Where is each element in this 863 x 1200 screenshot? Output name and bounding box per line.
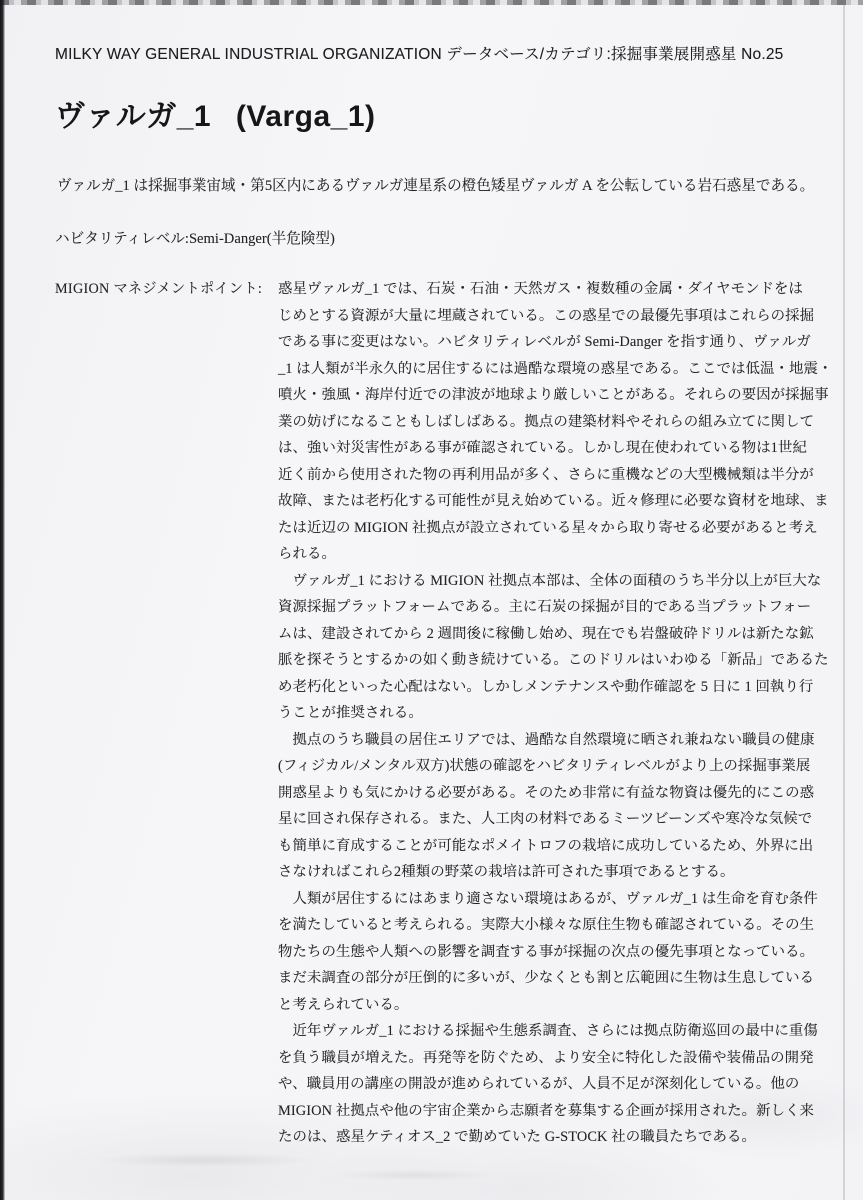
body-text-line: られる。: [278, 541, 817, 568]
body-text-line: じめとする資源が大量に埋蔵されている。この惑星での最優先事項はこれらの採掘: [278, 303, 817, 330]
body-text-line: や、職員用の講座の開設が進められているが、人員不足が深刻化している。他の: [278, 1071, 817, 1098]
body-text-line: ヴァルガ_1 における MIGION 社拠点本部は、全体の面積のうち半分以上が巨…: [278, 568, 817, 595]
body-text-line: 星に回され保存される。また、人工肉の材料であるミーツビーンズや寒冷な気候で: [278, 806, 817, 833]
body-text-line: 資源採掘プラットフォームである。主に石炭の採掘が目的である当プラットフォー: [278, 594, 817, 621]
scan-edge-right-line: [843, 0, 845, 1200]
body-text-line: _1 は人類が半永久的に居住するには過酷な環境の惑星である。ここでは低温・地震・: [278, 356, 817, 383]
management-body: 惑星ヴァルガ_1 では、石炭・石油・天然ガス・複数種の金属・ダイヤモンドをはじめ…: [278, 276, 817, 1151]
body-text-line: と考えられている。: [278, 992, 817, 1019]
body-text-line: 業の妨げになることもしばしばある。拠点の建築材料やそれらの組み立てに関して: [278, 409, 817, 436]
body-text-line: である事に変更はない。ハビタリティレベルが Semi-Danger を指す通り、…: [278, 329, 817, 356]
body-text-line: (フィジカル/メンタル双方)状態の確認をハビタリティレベルがより上の採掘事業展: [278, 753, 817, 780]
document-header-line: MILKY WAY GENERAL INDUSTRIAL ORGANIZATIO…: [55, 46, 783, 64]
title-romanized: (Varga_1): [236, 100, 376, 133]
body-text-line: 惑星ヴァルガ_1 では、石炭・石油・天然ガス・複数種の金属・ダイヤモンドをは: [278, 276, 817, 303]
body-text-line: 故障、または老朽化する可能性が見え始めている。近々修理に必要な資材を地球、ま: [278, 488, 817, 515]
body-text-line: うことが推奨される。: [278, 700, 817, 727]
body-text-line: たは近辺の MIGION 社拠点が設立されている星々から取り寄せる必要があると考…: [278, 515, 817, 542]
body-text-line: まだ未調査の部分が圧倒的に多いが、少なくとも割と広範囲に生物は生息している: [278, 965, 817, 992]
body-text-line: 拠点のうち職員の居住エリアでは、過酷な自然環境に晒され兼ねない職員の健康: [278, 727, 817, 754]
management-label: MIGION マネジメントポイント:: [55, 276, 262, 303]
body-text-line: は、強い対災害性がある事が確認されている。しかし現在使われている物は1世紀: [278, 435, 817, 462]
document-content: MILKY WAY GENERAL INDUSTRIAL ORGANIZATIO…: [55, 0, 817, 1200]
scan-edge-left: [0, 0, 5, 1200]
scanned-document-page: MILKY WAY GENERAL INDUSTRIAL ORGANIZATIO…: [0, 0, 863, 1200]
management-section: MIGION マネジメントポイント: 惑星ヴァルガ_1 では、石炭・石油・天然ガ…: [55, 276, 817, 1151]
habitability-level-line: ハビタリティレベル:Semi-Danger(半危険型): [55, 229, 335, 249]
body-text-line: を負う職員が増えた。再発等を防ぐため、より安全に特化した設備や装備品の開発: [278, 1045, 817, 1072]
planet-intro-line: ヴァルガ_1 は採掘事業宙域・第5区内にあるヴァルガ連星系の橙色矮星ヴァルガ A…: [57, 176, 814, 196]
body-text-line: 近年ヴァルガ_1 における採掘や生態系調査、さらには拠点防衛巡回の最中に重傷: [278, 1018, 817, 1045]
body-text-line: 脈を探そうとするかの如く動き続けている。このドリルはいわゆる「新品」であるた: [278, 647, 817, 674]
title-japanese: ヴァルガ_1: [55, 100, 211, 133]
body-text-line: め老朽化といった心配はない。しかしメンテナンスや動作確認を 5 日に 1 回執り…: [278, 674, 817, 701]
body-text-line: 開惑星よりも気にかける必要がある。そのため非常に有益な物資は優先的にこの惑: [278, 780, 817, 807]
body-text-line: 人類が居住するにはあまり適さない環境はあるが、ヴァルガ_1 は生命を育む条件: [278, 886, 817, 913]
body-text-line: たのは、惑星ケティオス_2 で勤めていた G-STOCK 社の職員たちである。: [278, 1124, 817, 1151]
body-text-line: 物たちの生態や人類への影響を調査する事が採掘の次点の優先事項となっている。: [278, 939, 817, 966]
body-text-line: さなければこれら2種類の野菜の栽培は許可された事項であるとする。: [278, 859, 817, 886]
body-text-line: も簡単に育成することが可能なポメイトロフの栽培に成功しているため、外界に出: [278, 833, 817, 860]
body-text-line: を満たしていると考えられる。実際大小様々な原住生物も確認されている。その生: [278, 912, 817, 939]
body-text-line: 近く前から使用された物の再利用品が多く、さらに重機などの大型機械類は半分が: [278, 462, 817, 489]
page-title: ヴァルガ_1 (Varga_1): [55, 100, 376, 134]
body-text-line: 噴火・強風・海岸付近での津波が地球より厳しいことがある。それらの要因が採掘事: [278, 382, 817, 409]
body-text-line: ムは、建設されてから 2 週間後に稼働し始め、現在でも岩盤破砕ドリルは新たな鉱: [278, 621, 817, 648]
body-text-line: MIGION 社拠点や他の宇宙企業から志願者を募集する企画が採用された。新しく来: [278, 1098, 817, 1125]
